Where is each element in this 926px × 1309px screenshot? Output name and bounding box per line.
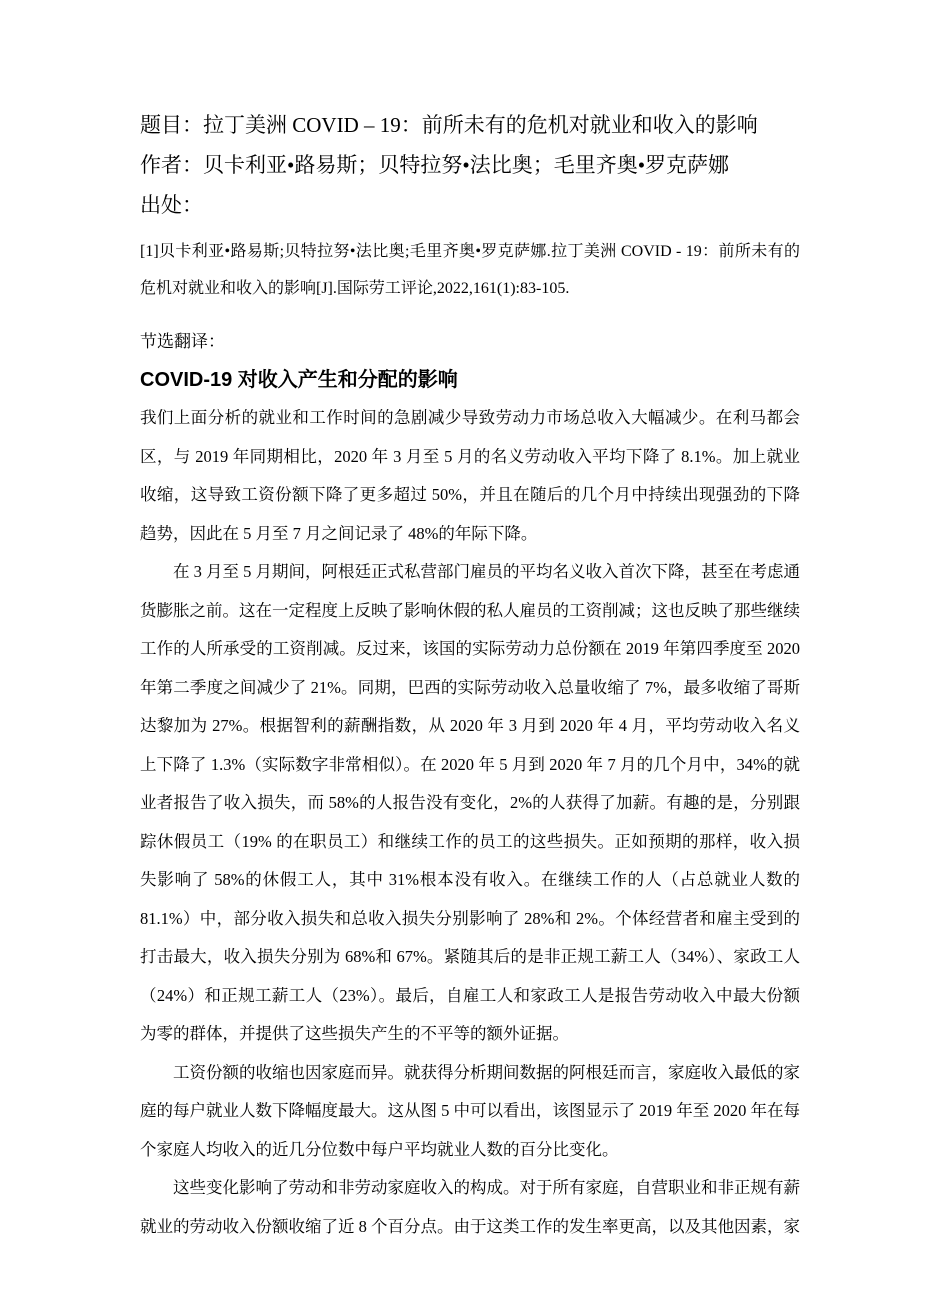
body-paragraph: 工资份额的收缩也因家庭而异。就获得分析期间数据的阿根廷而言，家庭收入最低的家庭的… bbox=[140, 1054, 800, 1170]
body-paragraph: 我们上面分析的就业和工作时间的急剧减少导致劳动力市场总收入大幅减少。在利马都会区… bbox=[140, 399, 800, 553]
doc-source-label: 出处： bbox=[140, 185, 800, 225]
body-paragraph: 在 3 月至 5 月期间，阿根廷正式私营部门雇员的平均名义收入首次下降，甚至在考… bbox=[140, 553, 800, 1054]
document-page: 题目：拉丁美洲 COVID – 19：前所未有的危机对就业和收入的影响 作者：贝… bbox=[0, 0, 926, 1309]
doc-citation: [1]贝卡利亚•路易斯;贝特拉努•法比奥;毛里齐奥•罗克萨娜.拉丁美洲 COVI… bbox=[140, 233, 800, 307]
doc-meta: 题目：拉丁美洲 COVID – 19：前所未有的危机对就业和收入的影响 作者：贝… bbox=[140, 105, 800, 225]
doc-authors-line: 作者：贝卡利亚•路易斯；贝特拉努•法比奥；毛里齐奥•罗克萨娜 bbox=[140, 145, 800, 185]
excerpt-label: 节选翻译： bbox=[140, 323, 800, 361]
section-heading: COVID-19 对收入产生和分配的影响 bbox=[140, 361, 800, 399]
doc-title-line: 题目：拉丁美洲 COVID – 19：前所未有的危机对就业和收入的影响 bbox=[140, 105, 800, 145]
body-paragraph: 这些变化影响了劳动和非劳动家庭收入的构成。对于所有家庭，自营职业和非正规有薪就业… bbox=[140, 1169, 800, 1246]
